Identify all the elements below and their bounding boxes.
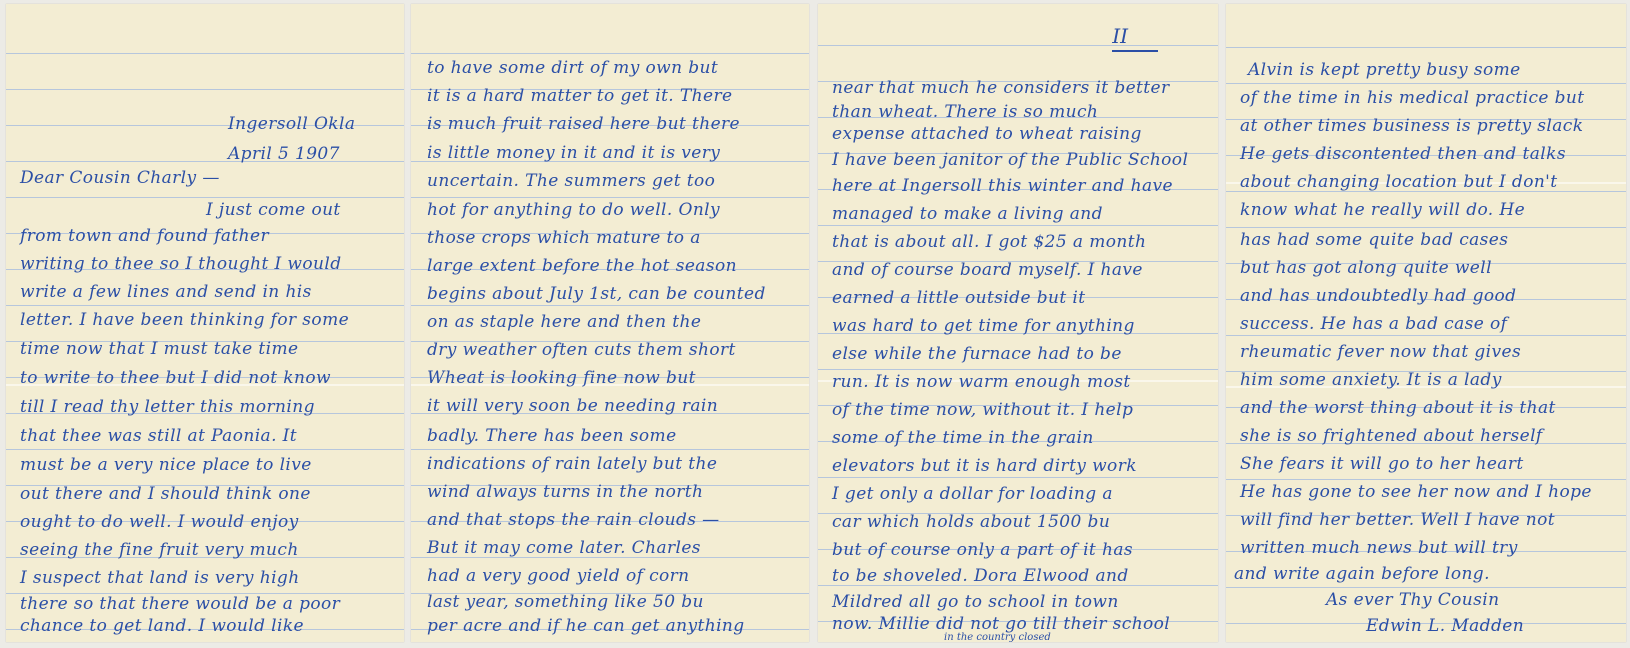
letter-line: must be a very nice place to live (20, 455, 404, 475)
letter-line: Alvin is kept pretty busy some (1248, 60, 1626, 80)
letter-line: else while the furnace had to be (832, 344, 1218, 364)
letter-line: is little money in it and it is very (427, 143, 809, 163)
letter-date: April 5 1907 (228, 144, 404, 164)
letter-line: was hard to get time for anything (832, 316, 1218, 336)
letter-line: large extent before the hot season (427, 256, 809, 276)
letter-line: written much news but will try (1240, 538, 1626, 558)
letter-line: here at Ingersoll this winter and have (832, 176, 1218, 196)
letter-line: than wheat. There is so much (832, 102, 1218, 122)
interlinear-note: in the country closed (944, 632, 1051, 642)
letter-line: I get only a dollar for loading a (832, 484, 1218, 504)
letter-line: and has undoubtedly had good (1240, 286, 1626, 306)
letter-line: begins about July 1st, can be counted (427, 284, 809, 304)
letter-line: rheumatic fever now that gives (1240, 342, 1626, 362)
letter-line: it will very soon be needing rain (427, 396, 809, 416)
letter-line: He has gone to see her now and I hope (1240, 482, 1626, 502)
letter-signature: Edwin L. Madden (1366, 616, 1626, 636)
letter-line: per acre and if he can get anything (427, 616, 809, 636)
letter-line: of the time now, without it. I help (832, 400, 1218, 420)
letter-line: that thee was still at Paonia. It (20, 426, 404, 446)
letter-line: letter. I have been thinking for some (20, 310, 404, 330)
letter-line: She fears it will go to her heart (1240, 454, 1626, 474)
letter-line: to be shoveled. Dora Elwood and (832, 566, 1218, 586)
letter-line: till I read thy letter this morning (20, 397, 404, 417)
letter-line: had a very good yield of corn (427, 566, 809, 586)
letter-line: but has got along quite well (1240, 258, 1626, 278)
letter-line: run. It is now warm enough most (832, 372, 1218, 392)
page-number: II (1112, 24, 1158, 52)
letter-line: near that much he considers it better (832, 78, 1218, 98)
letter-line: of the time in his medical practice but (1240, 88, 1626, 108)
letter-line: dry weather often cuts them short (427, 340, 809, 360)
letter-line: that is about all. I got $25 a month (832, 232, 1218, 252)
letter-line: there so that there would be a poor (20, 594, 404, 614)
letter-line: some of the time in the grain (832, 428, 1218, 448)
letter-place: Ingersoll Okla (228, 114, 404, 134)
letter-line: expense attached to wheat raising (832, 124, 1218, 144)
letter-line: writing to thee so I thought I would (20, 254, 404, 274)
letter-line: know what he really will do. He (1240, 200, 1626, 220)
letter-line: out there and I should think one (20, 484, 404, 504)
letter-line: to write to thee but I did not know (20, 368, 404, 388)
letter-line: last year, something like 50 bu (427, 592, 809, 612)
letter-line: and of course board myself. I have (832, 260, 1218, 280)
letter-closing: As ever Thy Cousin (1326, 590, 1626, 610)
letter-line: but of course only a part of it has (832, 540, 1218, 560)
letter-line: is much fruit raised here but there (427, 114, 809, 134)
letter-line: I have been janitor of the Public School (832, 150, 1218, 170)
letter-line: seeing the fine fruit very much (20, 540, 404, 560)
letter-line: and that stops the rain clouds — (427, 510, 809, 530)
letter-line: ought to do well. I would enjoy (20, 512, 404, 532)
letter-line: and the worst thing about it is that (1240, 398, 1626, 418)
letter-line: about changing location but I don't (1240, 172, 1626, 192)
letter-line: has had some quite bad cases (1240, 230, 1626, 250)
letter-line: But it may come later. Charles (427, 538, 809, 558)
letter-line: Wheat is looking fine now but (427, 368, 809, 388)
letter-line: earned a little outside but it (832, 288, 1218, 308)
letter-page-1: Ingersoll Okla April 5 1907 Dear Cousin … (6, 4, 404, 642)
letter-line: on as staple here and then the (427, 312, 809, 332)
letter-line: she is so frightened about herself (1240, 426, 1626, 446)
letter-line: I just come out (206, 200, 404, 220)
letter-line: time now that I must take time (20, 339, 404, 359)
letter-line: elevators but it is hard dirty work (832, 456, 1218, 476)
letter-line: and write again before long. (1234, 564, 1626, 584)
letter-salutation: Dear Cousin Charly — (20, 168, 404, 188)
letter-page-3: II near that much he considers it better… (818, 4, 1218, 642)
letter-line: car which holds about 1500 bu (832, 512, 1218, 532)
letter-line: those crops which mature to a (427, 228, 809, 248)
letter-line: hot for anything to do well. Only (427, 200, 809, 220)
letter-line: to have some dirt of my own but (427, 58, 809, 78)
letter-line: it is a hard matter to get it. There (427, 86, 809, 106)
letter-page-4: Alvin is kept pretty busy some of the ti… (1226, 4, 1626, 642)
letter-page-2: to have some dirt of my own but it is a … (411, 4, 809, 642)
letter-line: now. Millie did not go till their school (832, 614, 1218, 634)
letter-line: will find her better. Well I have not (1240, 510, 1626, 530)
letter-line: managed to make a living and (832, 204, 1218, 224)
letter-line: success. He has a bad case of (1240, 314, 1626, 334)
letter-line: badly. There has been some (427, 426, 809, 446)
letter-line: from town and found father (20, 226, 404, 246)
letter-line: Mildred all go to school in town (832, 592, 1218, 612)
letter-line: indications of rain lately but the (427, 454, 809, 474)
letter-line: wind always turns in the north (427, 482, 809, 502)
letter-line: write a few lines and send in his (20, 282, 404, 302)
letter-line: at other times business is pretty slack (1240, 116, 1626, 136)
letter-line: I suspect that land is very high (20, 568, 404, 588)
letter-line: him some anxiety. It is a lady (1240, 370, 1626, 390)
letter-line: He gets discontented then and talks (1240, 144, 1626, 164)
letter-line: chance to get land. I would like (20, 616, 404, 636)
letter-line: uncertain. The summers get too (427, 171, 809, 191)
